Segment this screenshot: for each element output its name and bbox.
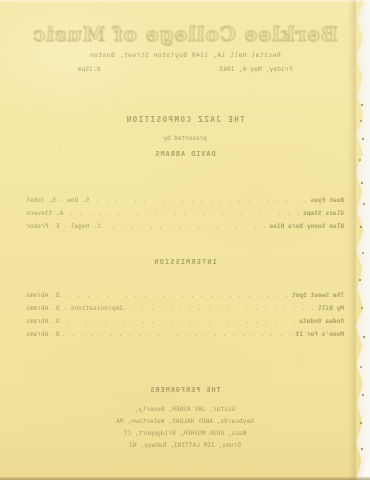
piece-credit: A. Stevens [26, 207, 63, 220]
performer-line: Bass, DOUG MOSHER, Bridgeport, CT [0, 428, 370, 440]
piece-credit: Improvisations - D. Abrams [26, 302, 123, 315]
edge-speckles [361, 104, 363, 106]
piece-title: Beat Eyes [310, 194, 344, 207]
piece-credit: D. Abrams [26, 328, 60, 341]
presented-by-label: presented by [0, 135, 370, 142]
piece-title: Ondaa Ondata [299, 315, 344, 328]
date-time-row: Friday, May 6, 1983 8:15pm [78, 65, 293, 73]
piece-title: The Sweet Spot [292, 289, 344, 302]
program-row: Glass Steps. . . . . . . . . . . . . . .… [26, 207, 344, 220]
event-time: 8:15pm [78, 65, 101, 73]
piece-credit: D. Abrams [26, 289, 60, 302]
piece-credit: D. Abrams [26, 315, 60, 328]
leader-dots: . . . . . . . . . . . . . . . . . . . . … [101, 220, 270, 233]
scanned-program-page-back: { "page": { "paper_color": "#f3e5a1", "d… [0, 0, 370, 480]
program-row: My Bill. . . . . . . . . . . . . . . . .… [26, 302, 344, 315]
piece-credit: C. Hagel - E. Prebor [26, 220, 101, 233]
piece-title: Glass Steps [303, 207, 344, 220]
leader-dots: . . . . . . . . . . . . . . . . . . . . … [60, 289, 292, 302]
piece-credit: S. Dow - S. Jobel [26, 194, 89, 207]
program-row: Ondaa Ondata. . . . . . . . . . . . . . … [26, 315, 344, 328]
venue-address-line: Recital Hall 1A, 1140 Boylston Street, B… [0, 51, 370, 59]
leader-dots: . . . . . . . . . . . . . . . . . . . . … [60, 328, 296, 341]
performer-lines: Guitar, JAY ASNER, Beverly,Keyboards, AN… [0, 404, 370, 452]
leader-dots: . . . . . . . . . . . . . . . . . . . . … [89, 194, 310, 207]
piece-title: Moon's For It [296, 328, 344, 341]
top-edge-highlight [0, 0, 370, 2]
leader-dots: . . . . . . . . . . . . . . . . . . . . … [60, 315, 300, 328]
presenter-name: DAVID ABRAMS [0, 150, 370, 158]
piece-title: Blue Sunny Dora Rise [269, 220, 344, 233]
performer-line: Drums, JIM LATTINI, Rahway, NJ [0, 440, 370, 452]
recital-title: THE JAZZ COMPOSITION [0, 115, 370, 124]
mirrored-bleedthrough-layer: Berklee College of Music Recital Hall 1A… [0, 0, 370, 480]
event-date: Friday, May 6, 1983 [219, 65, 292, 73]
leader-dots: . . . . . . . . . . . . . . . . . . . . … [63, 207, 303, 220]
leader-dots: . . . . . . . . . . . . . . . . . . . . … [123, 302, 318, 315]
program-row: Moon's For It. . . . . . . . . . . . . .… [26, 328, 344, 341]
performer-line: Guitar, JAY ASNER, Beverly, [0, 404, 370, 416]
program-row: Blue Sunny Dora Rise. . . . . . . . . . … [26, 220, 344, 233]
piece-title: My Bill [318, 302, 344, 315]
program-row: The Sweet Spot. . . . . . . . . . . . . … [26, 289, 344, 302]
performers-heading: THE PERFORMERS [0, 386, 370, 394]
school-title: Berklee College of Music [0, 22, 370, 46]
performer-line: Keyboards, ANDY HALDAS, Watertown, MA [0, 416, 370, 428]
program-second-half: The Sweet Spot. . . . . . . . . . . . . … [26, 289, 344, 341]
program-first-half: Beat Eyes. . . . . . . . . . . . . . . .… [26, 194, 344, 233]
intermission-label: INTERMISSION [0, 258, 370, 266]
program-row: Beat Eyes. . . . . . . . . . . . . . . .… [26, 194, 344, 207]
